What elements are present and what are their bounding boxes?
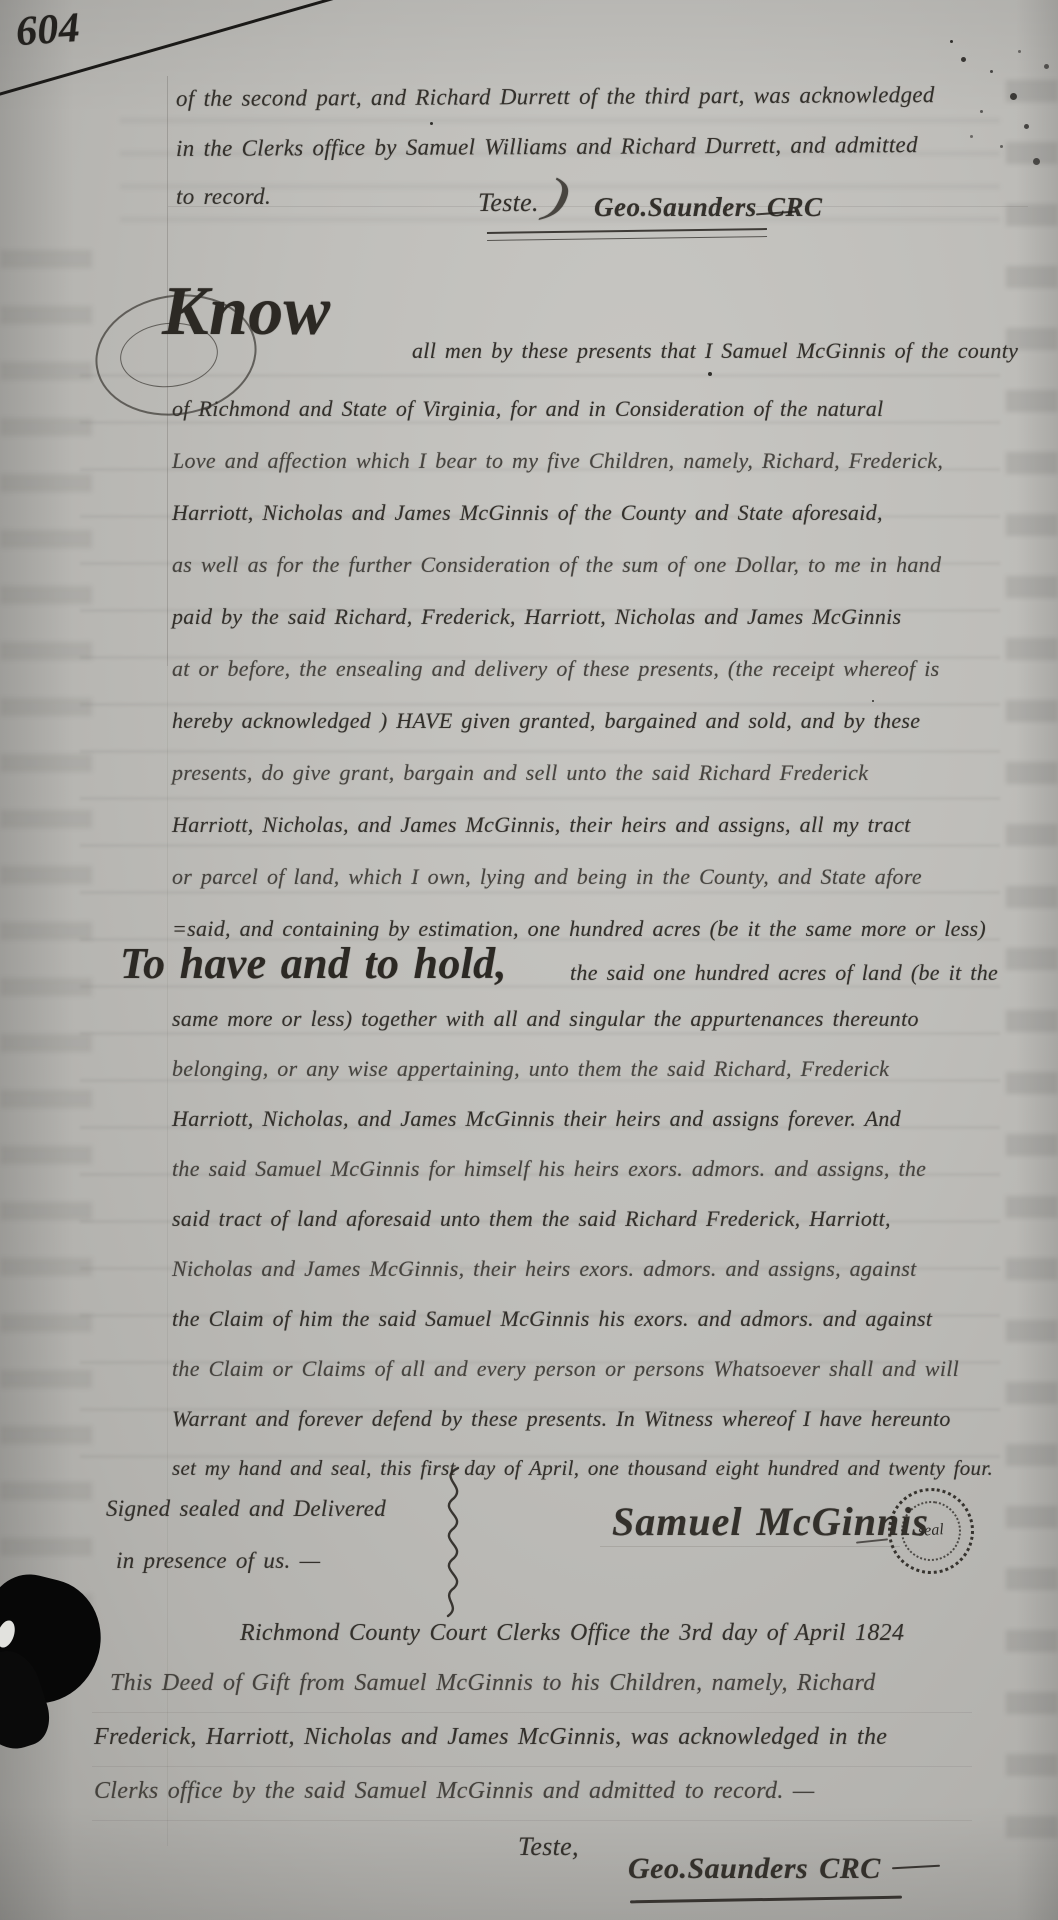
- brace-flourish: [430, 1466, 468, 1618]
- fragment-line: to record.: [176, 184, 271, 210]
- deed-line: presents, do give grant, bargain and sel…: [172, 760, 868, 786]
- certification-baseline-faint: [92, 1712, 972, 1713]
- clerk-signature: Geo.Saunders CRC: [594, 192, 823, 223]
- deed-line: same more or less) together with all and…: [172, 1006, 919, 1032]
- certification-line: Richmond County Court Clerks Office the …: [240, 1620, 904, 1647]
- ink-dot: [872, 700, 874, 702]
- teste-label: Teste.: [478, 188, 539, 218]
- deed-line: the said one hundred acres of land (be i…: [570, 960, 998, 986]
- deed-line: Nicholas and James McGinnis, their heirs…: [172, 1256, 917, 1282]
- teste-label: Teste,: [518, 1832, 579, 1862]
- deed-line: Love and affection which I bear to my fi…: [172, 448, 943, 474]
- ink-speckles: [950, 40, 953, 43]
- certification-line: This Deed of Gift from Samuel McGinnis t…: [110, 1670, 876, 1697]
- certification-line: Clerks office by the said Samuel McGinni…: [94, 1778, 815, 1805]
- deed-line: the said Samuel McGinnis for himself his…: [172, 1156, 926, 1182]
- closing-bracket-flourish: ): [542, 167, 575, 223]
- signature-baseline-faint: [600, 1546, 900, 1547]
- deed-line: as well as for the further Consideration…: [172, 552, 941, 578]
- deed-line: set my hand and seal, this first day of …: [172, 1456, 993, 1481]
- ink-dot: [708, 372, 712, 376]
- signature-flourish-line: [892, 1865, 940, 1870]
- certification-line: Frederick, Harriott, Nicholas and James …: [94, 1724, 887, 1751]
- habendum-phrase: To have and to hold,: [120, 938, 507, 989]
- deed-line: of Richmond and State of Virginia, for a…: [172, 396, 883, 422]
- scanned-deed-page: 604 of the second part, and Richard Durr…: [0, 0, 1058, 1920]
- ink-dot: [430, 122, 433, 125]
- deed-line: the Claim of him the said Samuel McGinni…: [172, 1306, 932, 1332]
- seal-stamp-label: seal: [918, 1521, 945, 1541]
- deed-line: the Claim or Claims of all and every per…: [172, 1356, 959, 1382]
- deed-line: at or before, the ensealing and delivery…: [172, 656, 940, 682]
- deed-line: all men by these presents that I Samuel …: [412, 338, 1018, 364]
- deed-line: paid by the said Richard, Frederick, Har…: [172, 604, 901, 630]
- deed-line: belonging, or any wise appertaining, unt…: [172, 1056, 889, 1082]
- fragment-line: in the Clerks office by Samuel Williams …: [176, 132, 918, 162]
- attestation-line: Signed sealed and Delivered: [106, 1496, 386, 1522]
- page-number: 604: [14, 4, 81, 56]
- deed-line: or parcel of land, which I own, lying an…: [172, 864, 922, 890]
- fragment-line: of the second part, and Richard Durrett …: [176, 82, 935, 112]
- deed-opening-word: Know: [162, 272, 331, 352]
- attestation-line: in presence of us. —: [116, 1548, 320, 1574]
- margin-rule-vertical-faint: [167, 666, 168, 1846]
- deed-line: Harriott, Nicholas and James McGinnis of…: [172, 500, 883, 526]
- deed-line: Warrant and forever defend by these pres…: [172, 1406, 951, 1432]
- signature-underline: [487, 228, 767, 241]
- signature-underline: [630, 1896, 902, 1904]
- bleed-through-ghost-left-margin: [0, 250, 92, 1650]
- deed-line: Harriott, Nicholas, and James McGinnis t…: [172, 1106, 901, 1132]
- deed-line: Harriott, Nicholas, and James McGinnis, …: [172, 812, 911, 838]
- seal-stamp-inner-ring: seal: [897, 1497, 965, 1565]
- certification-baseline-faint: [92, 1820, 972, 1821]
- seal-stamp: seal: [882, 1482, 979, 1579]
- clerk-signature: Geo.Saunders CRC: [628, 1852, 881, 1886]
- deed-line: hereby acknowledged ) HAVE given granted…: [172, 708, 920, 734]
- deed-line: said tract of land aforesaid unto them t…: [172, 1206, 891, 1232]
- certification-baseline-faint: [92, 1766, 972, 1767]
